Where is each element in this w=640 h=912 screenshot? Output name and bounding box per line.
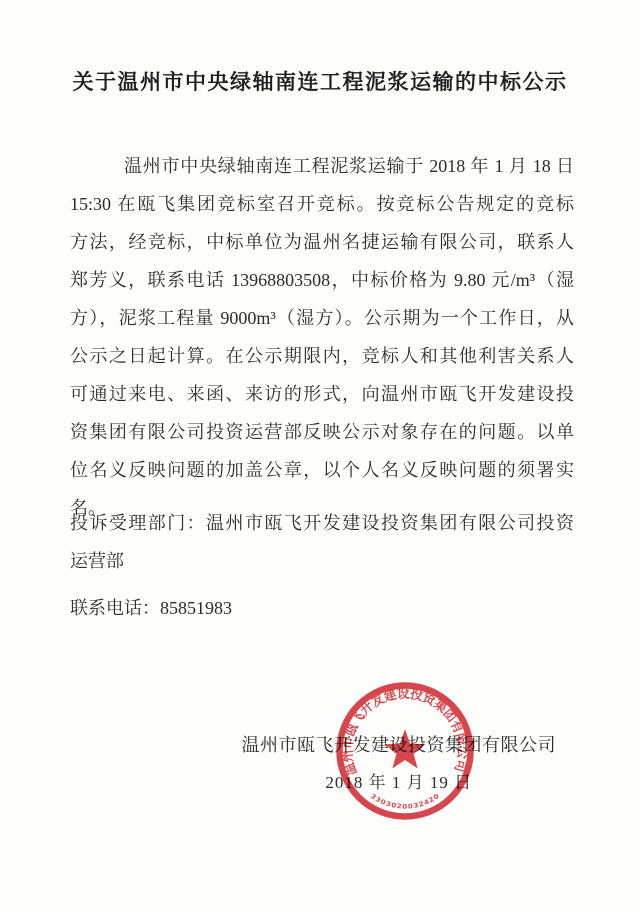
signature-block: 温州市瓯飞开发建设投资集团有限公司 2018 年 1 月 19 日 <box>242 732 557 796</box>
paragraph-line: 可通过来电、来函、来访的形式，向温州市瓯飞开发建设投 <box>70 375 574 413</box>
paragraph-line: 15:30 在瓯飞集团竞标室召开竞标。按竞标公告规定的竞标 <box>70 185 574 223</box>
complaint-section: 投诉受理部门：温州市瓯飞开发建设投资集团有限公司投资 运营部 <box>70 504 574 580</box>
paragraph-line: 郑芳义，联系电话 13968803508，中标价格为 9.80 元/m³（湿 <box>70 261 574 299</box>
complaint-line: 运营部 <box>70 542 574 580</box>
paragraph-line: 方法，经竞标，中标单位为温州名捷运输有限公司，联系人 <box>70 223 574 261</box>
complaint-line: 投诉受理部门：温州市瓯飞开发建设投资集团有限公司投资 <box>70 504 574 542</box>
announcement-paragraph: 温州市中央绿轴南连工程泥浆运输于 2018 年 1 月 18 日 15:30 在… <box>70 147 574 527</box>
paragraph-line: 资集团有限公司投资运营部反映公示对象存在的问题。以单 <box>70 413 574 451</box>
signature-date: 2018 年 1 月 19 日 <box>242 770 557 796</box>
phone-section: 联系电话：85851983 <box>70 589 574 627</box>
paragraph-line: 位名义反映问题的加盖公章，以个人名义反映问题的须署实 <box>70 451 574 489</box>
paragraph-line: 公示之日起计算。在公示期限内，竞标人和其他利害关系人 <box>70 337 574 375</box>
scanned-announcement-page: 关于温州市中央绿轴南连工程泥浆运输的中标公示 温州市中央绿轴南连工程泥浆运输于 … <box>0 0 640 912</box>
phone-line: 联系电话：85851983 <box>70 589 574 627</box>
document-title: 关于温州市中央绿轴南连工程泥浆运输的中标公示 <box>60 66 580 98</box>
signature-company: 温州市瓯飞开发建设投资集团有限公司 <box>242 732 557 759</box>
paragraph-line: 方），泥浆工程量 9000m³（湿方）。公示期为一个工作日，从 <box>70 299 574 337</box>
paragraph-line: 温州市中央绿轴南连工程泥浆运输于 2018 年 1 月 18 日 <box>70 147 574 185</box>
